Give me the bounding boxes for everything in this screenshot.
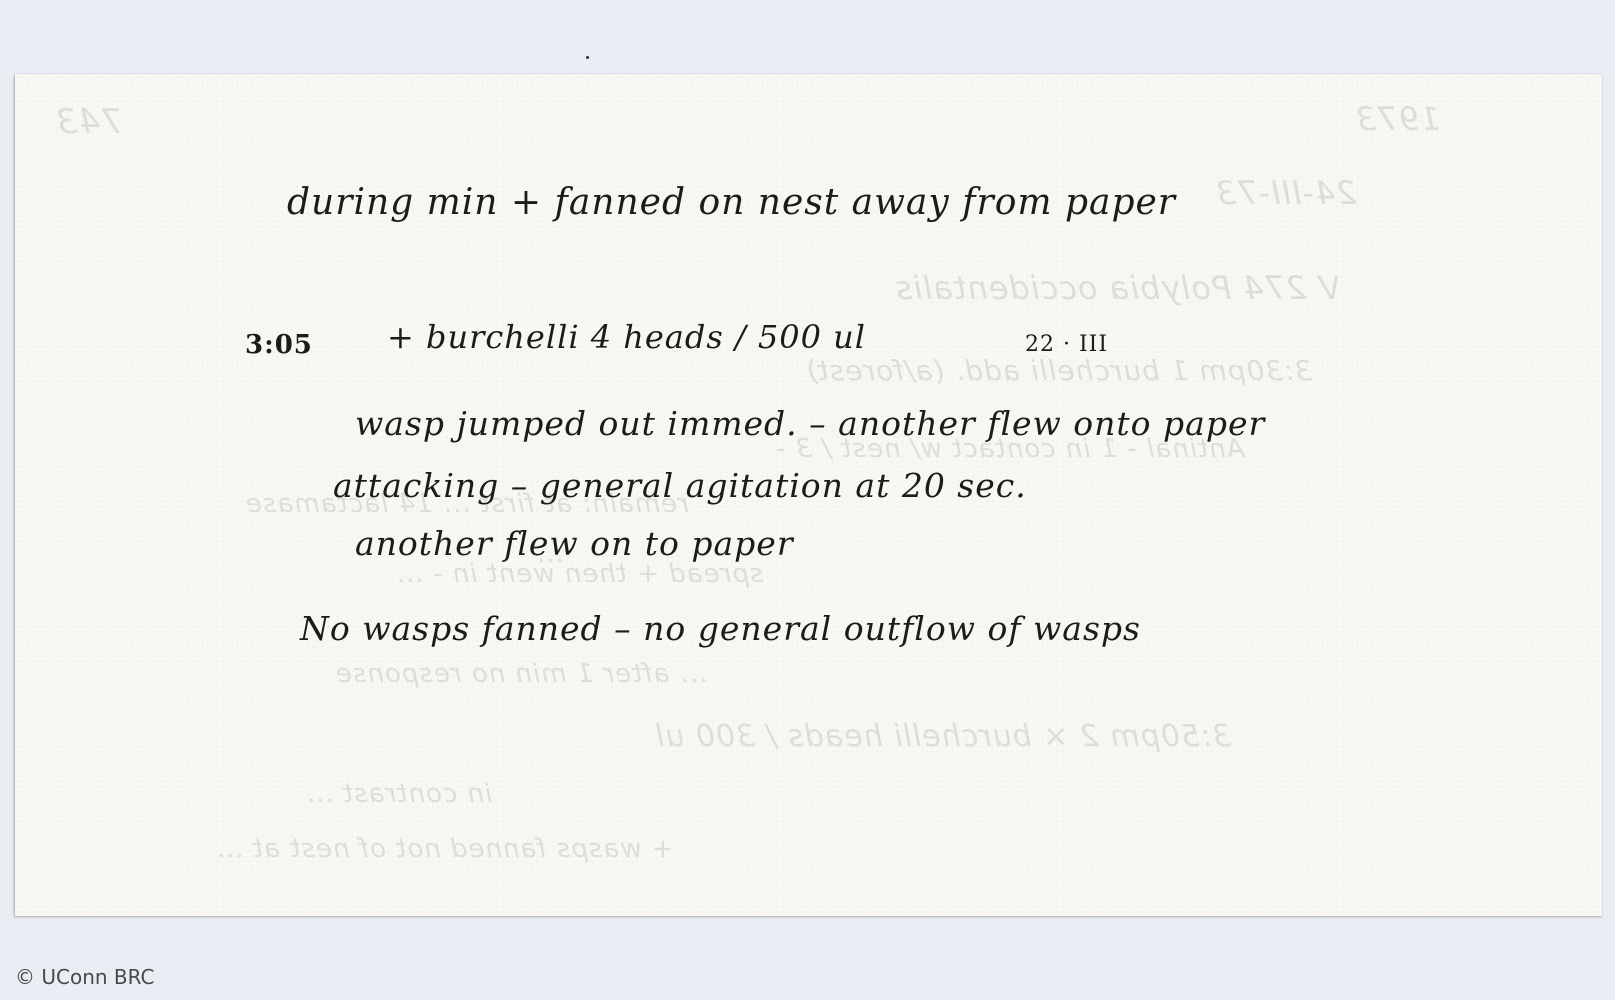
dust-speck xyxy=(586,56,589,59)
note-line-3: wasp jumped out immed. – another flew on… xyxy=(355,404,1265,443)
bleed-through-species: V 274 Polybia occidentalis xyxy=(895,269,1341,307)
bleed-through-line: 3:30pm 1 burchelli add. (a/forest) xyxy=(805,354,1312,387)
note-line-1: during min + fanned on nest away from pa… xyxy=(287,182,1176,223)
note-line-4: attacking – general agitation at 20 sec. xyxy=(333,466,1027,505)
bleed-through-page-number: 743 xyxy=(55,102,123,142)
bleed-through-year: 1973 xyxy=(1355,100,1440,138)
bleed-through-date: 24-III-73 xyxy=(1215,174,1357,212)
bleed-through-line: spread + then went in - ... xyxy=(395,559,764,589)
bleed-through-line: ... after 1 min no response xyxy=(335,659,707,689)
bleed-through-line: 3:50pm 2 × burchelli heads / 300 ul xyxy=(655,719,1231,754)
note-line-6: No wasps fanned – no general outflow of … xyxy=(300,609,1141,648)
bleed-through-line: + wasps fanned not of nest at ... xyxy=(215,834,674,864)
note-line-2: + burchelli 4 heads / 500 ul xyxy=(387,318,866,356)
copyright-label: © UConn BRC xyxy=(15,965,155,989)
bleed-through-line: in contrast ... xyxy=(305,779,492,809)
note-date: 22 · III xyxy=(1025,332,1108,357)
note-time: 3:05 xyxy=(245,330,313,360)
note-paper: 743 1973 24-III-73 V 274 Polybia occiden… xyxy=(15,74,1602,916)
note-line-5: another flew on to paper xyxy=(355,524,794,563)
